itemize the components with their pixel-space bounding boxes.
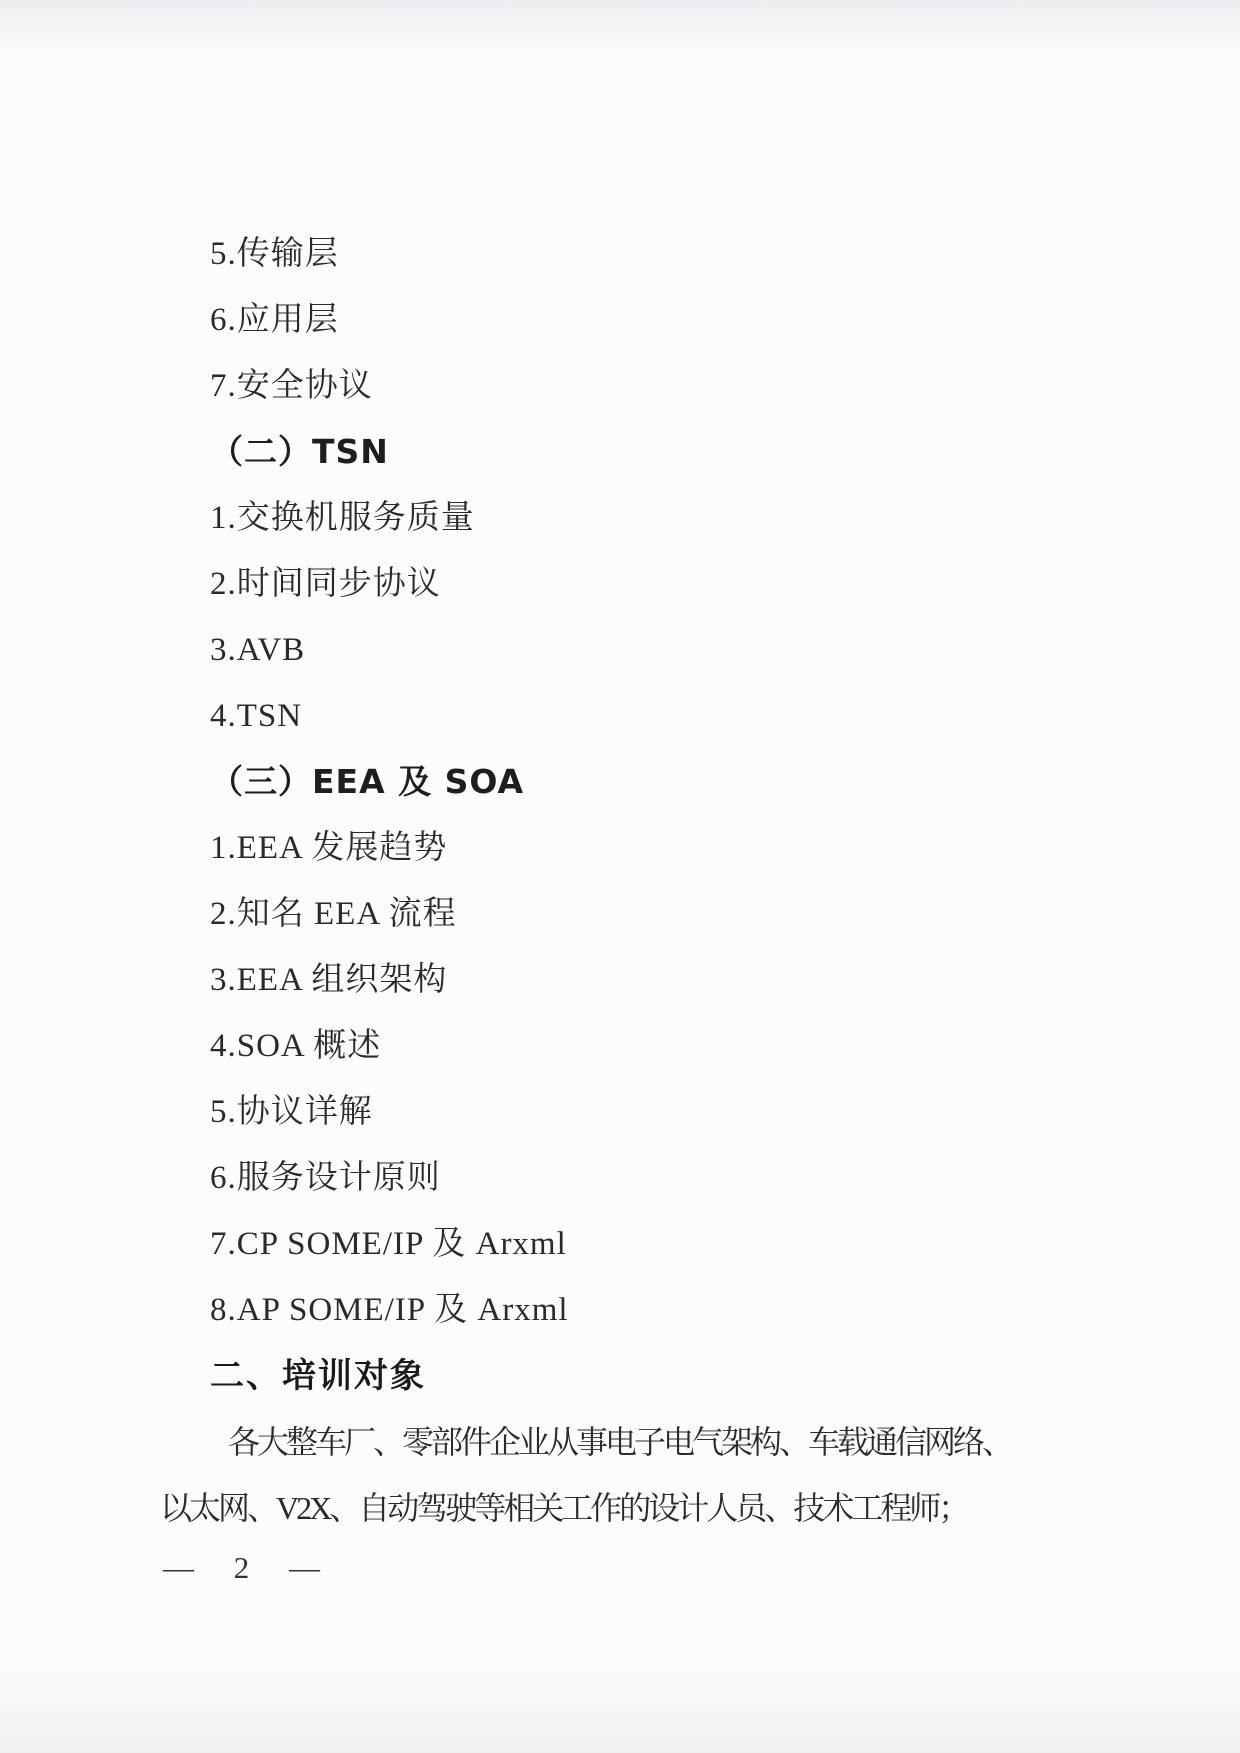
toc-item-protocol-details: 5.协议详解 (0, 1079, 1240, 1145)
toc-item-application-layer: 6.应用层 (0, 287, 1240, 353)
page-number: — 2 — (163, 1548, 328, 1588)
toc-item-security-protocol: 7.安全协议 (0, 353, 1240, 419)
paragraph-line-1: 各大整车厂、零部件企业从事电子电气架构、车载通信网络、 (0, 1409, 1240, 1475)
document-content: 5.传输层 6.应用层 7.安全协议 （二）TSN 1.交换机服务质量 2.时间… (0, 221, 1240, 1541)
toc-item-known-eea-process: 2.知名 EEA 流程 (0, 881, 1240, 947)
toc-item-eea-org-structure: 3.EEA 组织架构 (0, 947, 1240, 1013)
toc-item-soa-overview: 4.SOA 概述 (0, 1013, 1240, 1079)
toc-item-switch-qos: 1.交换机服务质量 (0, 485, 1240, 551)
toc-item-avb: 3.AVB (0, 617, 1240, 683)
toc-item-cp-someip-arxml: 7.CP SOME/IP 及 Arxml (0, 1211, 1240, 1277)
toc-item-transport-layer: 5.传输层 (0, 221, 1240, 287)
toc-item-tsn: 4.TSN (0, 683, 1240, 749)
toc-item-eea-trends: 1.EEA 发展趋势 (0, 815, 1240, 881)
toc-item-time-sync-protocol: 2.时间同步协议 (0, 551, 1240, 617)
section-heading-2-tsn: （二）TSN (0, 419, 1240, 485)
scan-artifact-bottom (0, 1663, 1240, 1753)
heading-training-audience: 二、培训对象 (0, 1343, 1240, 1409)
document-page: 5.传输层 6.应用层 7.安全协议 （二）TSN 1.交换机服务质量 2.时间… (0, 0, 1240, 1753)
toc-item-ap-someip-arxml: 8.AP SOME/IP 及 Arxml (0, 1277, 1240, 1343)
paragraph-line-2: 以太网、V2X、自动驾驶等相关工作的设计人员、技术工程师； (0, 1475, 1240, 1541)
toc-item-service-design: 6.服务设计原则 (0, 1145, 1240, 1211)
scan-artifact-top (0, 0, 1240, 55)
section-heading-3-eea-soa: （三）EEA 及 SOA (0, 749, 1240, 815)
